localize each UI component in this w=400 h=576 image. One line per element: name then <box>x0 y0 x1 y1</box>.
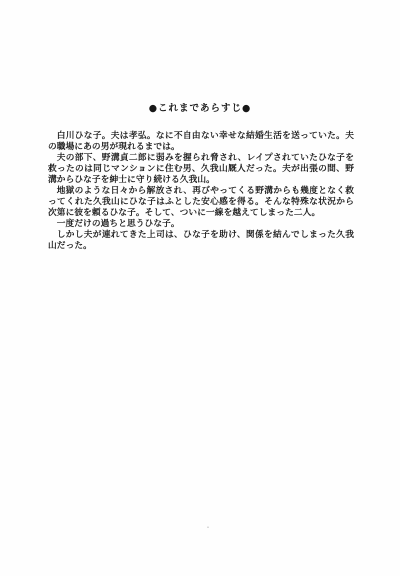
synopsis-paragraph-3: 地獄のような日々から解放され、再びやってくる野溝からも幾度となく救ってくれた久我… <box>48 186 354 219</box>
synopsis-title: ●これまであらすじ● <box>0 100 400 114</box>
document-page: ●これまであらすじ● 白川ひな子。夫は孝弘。なに不自由ない幸せな結婚生活を送って… <box>0 0 400 576</box>
synopsis-body: 白川ひな子。夫は孝弘。なに不自由ない幸せな結婚生活を送っていた。夫の職場にあの男… <box>48 131 354 252</box>
synopsis-paragraph-5: しかし夫が連れてきた上司は、ひな子を助け、関係を結んでしまった久我山だった。 <box>48 230 354 252</box>
synopsis-paragraph-4: 一度だけの過ちと思うひな子。 <box>48 219 354 230</box>
synopsis-paragraph-1: 白川ひな子。夫は孝弘。なに不自由ない幸せな結婚生活を送っていた。夫の職場にあの男… <box>48 131 354 153</box>
page-marker-dot: ・ <box>202 522 214 533</box>
synopsis-paragraph-2: 夫の部下、野溝貞二郎に弱みを握られ脅され、レイプされていたひな子を救ったのは同じ… <box>48 153 354 186</box>
